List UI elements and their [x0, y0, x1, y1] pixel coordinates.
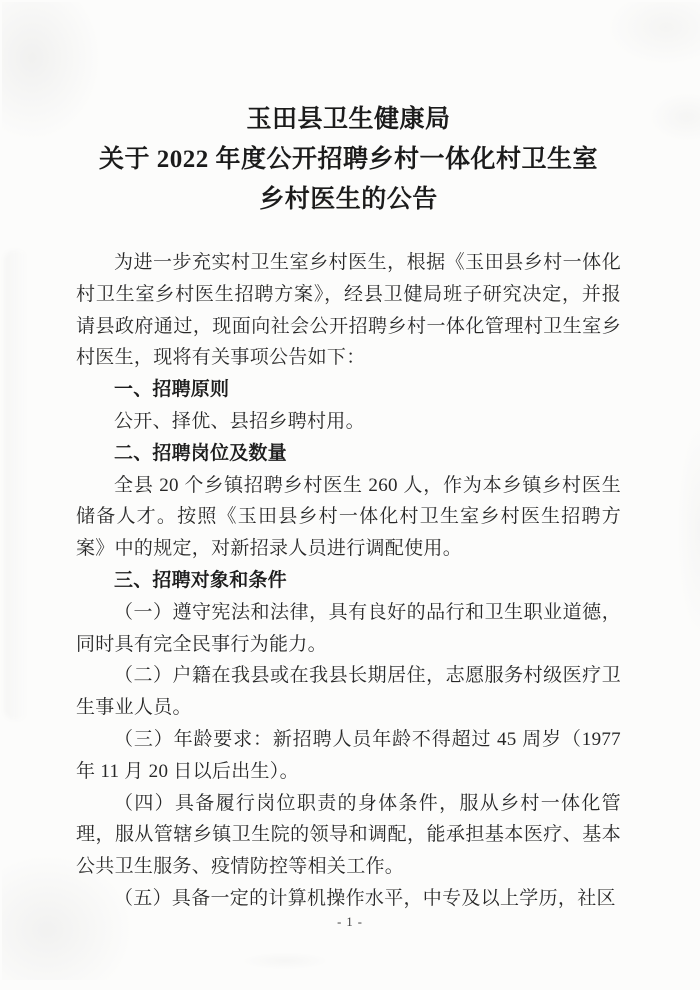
title-line-1: 玉田县卫生健康局 [76, 100, 621, 140]
paragraph: 全县 20 个乡镇招聘乡村医生 260 人，作为本乡镇乡村医生储备人才。按照《玉… [76, 470, 621, 565]
document-page: 玉田县卫生健康局 关于 2022 年度公开招聘乡村一体化村卫生室 乡村医生的公告… [0, 0, 700, 990]
section-heading: 二、招聘岗位及数量 [76, 438, 621, 470]
scan-streak-left [4, 250, 28, 720]
doc-title: 玉田县卫生健康局 关于 2022 年度公开招聘乡村一体化村卫生室 乡村医生的公告 [76, 100, 621, 220]
title-line-2: 关于 2022 年度公开招聘乡村一体化村卫生室 [76, 140, 621, 180]
document-content: 玉田县卫生健康局 关于 2022 年度公开招聘乡村一体化村卫生室 乡村医生的公告… [76, 100, 621, 915]
paragraph: 为进一步充实村卫生室乡村医生，根据《玉田县乡村一体化村卫生室乡村医生招聘方案》，… [76, 247, 621, 374]
section-heading: 三、招聘对象和条件 [76, 565, 621, 597]
scan-smudge-bottom-middle [240, 952, 330, 970]
scan-smudge-right-upper [648, 92, 700, 142]
paragraph: 公开、择优、县招乡聘村用。 [76, 406, 621, 438]
paragraph: （五）具备一定的计算机操作水平，中专及以上学历，社区 [76, 883, 621, 915]
paragraph: （一）遵守宪法和法律，具有良好的品行和卫生职业道德，同时具有完全民事行为能力。 [76, 597, 621, 661]
doc-body: 为进一步充实村卫生室乡村医生，根据《玉田县乡村一体化村卫生室乡村医生招聘方案》，… [76, 247, 621, 915]
paragraph: （三）年龄要求：新招聘人员年龄不得超过 45 周岁（1977 年 11 月 20… [76, 724, 621, 788]
section-heading: 一、招聘原则 [76, 374, 621, 406]
paragraph: （二）户籍在我县或在我县长期居住，志愿服务村级医疗卫生事业人员。 [76, 660, 621, 724]
paragraph: （四）具备履行岗位职责的身体条件，服从乡村一体化管理，服从管辖乡镇卫生院的领导和… [76, 788, 621, 883]
title-line-3: 乡村医生的公告 [76, 180, 621, 220]
page-number: - 1 - [0, 915, 700, 930]
scan-smudge-right-lower [676, 420, 700, 640]
scan-smudge-top-right [606, 2, 700, 66]
